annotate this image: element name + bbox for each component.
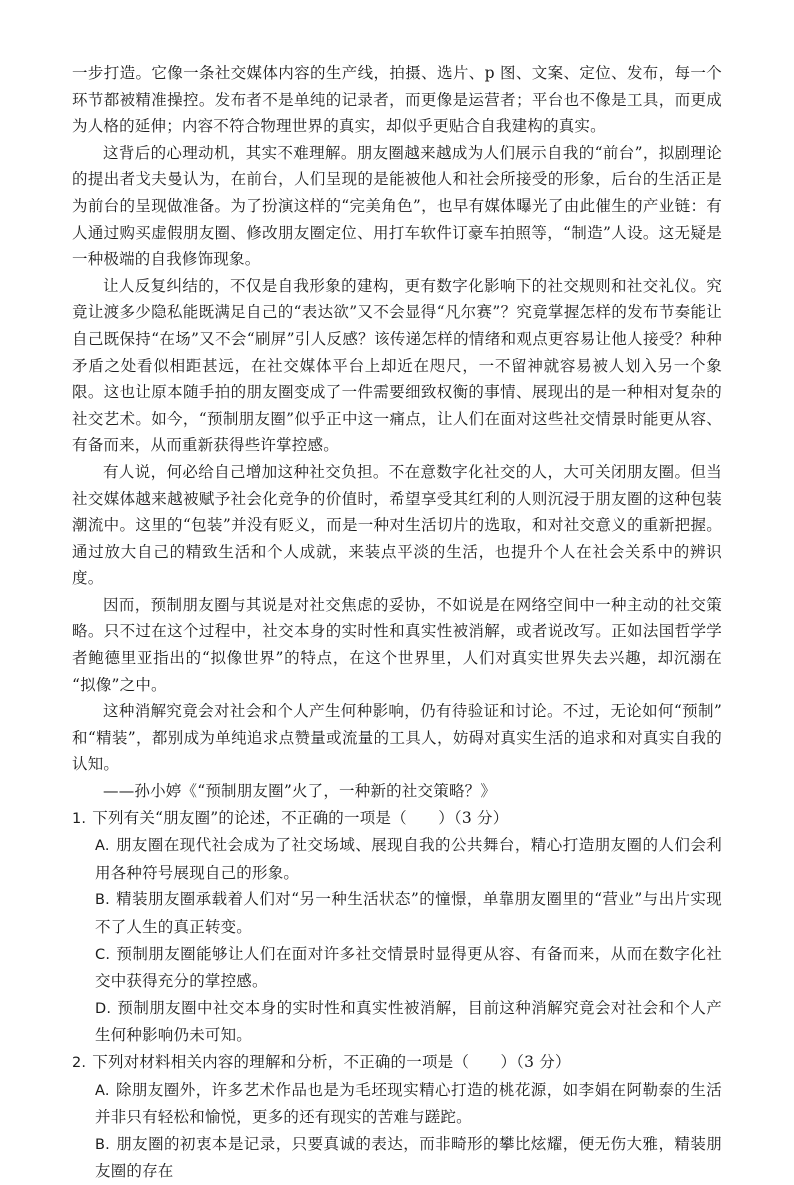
- question-1-option-d-label: D.: [95, 996, 111, 1023]
- question-2-option-a-text: 除朋友圈外，许多艺术作品也是为毛坯现实精心打造的桃花源，如李娟在阿勒泰的生活并非…: [95, 1081, 722, 1127]
- question-1-option-c-text: 预制朋友圈能够让人们在面对许多社交情景时显得更从容、有备而来，从而在数字化社交中…: [95, 945, 722, 991]
- question-1: 1.下列有关“朋友圈”的论述，不正确的一项是（ ）（3 分） A.朋友圈在现代社…: [72, 805, 722, 1049]
- question-2-number: 2.: [72, 1050, 86, 1077]
- question-1-option-d: D.预制朋友圈中社交本身的实时性和真实性被消解，目前这种消解究竟会对社会和个人产…: [95, 995, 722, 1049]
- question-1-option-c: C.预制朋友圈能够让人们在面对许多社交情景时显得更从容、有备而来，从而在数字化社…: [95, 941, 722, 995]
- passage-paragraph-6: 这种消解究竟会对社会和个人产生何种影响，仍有待验证和讨论。不过，无论如何“预制”…: [72, 698, 722, 778]
- source-attribution: ——孙小婷《“预制朋友圈”火了，一种新的社交策略？》: [72, 778, 722, 805]
- question-2: 2.下列对材料相关内容的理解和分析，不正确的一项是（ ）（3 分） A.除朋友圈…: [72, 1049, 722, 1185]
- question-1-option-b-text: 精装朋友圈承载着人们对“另一种生活状态”的憧憬，单靠朋友圈里的“营业”与出片实现…: [95, 890, 722, 936]
- question-1-option-a-label: A.: [95, 833, 110, 860]
- passage-paragraph-4: 有人说，何必给自己增加这种社交负担。不在意数字化社交的人，大可关闭朋友圈。但当社…: [72, 459, 722, 592]
- question-1-option-b: B.精装朋友圈承载着人们对“另一种生活状态”的憧憬，单靠朋友圈里的“营业”与出片…: [95, 886, 722, 940]
- question-1-option-c-label: C.: [95, 942, 110, 969]
- question-2-option-a: A.除朋友圈外，许多艺术作品也是为毛坯现实精心打造的桃花源，如李娟在阿勒泰的生活…: [95, 1077, 722, 1131]
- question-2-option-b-label: B.: [95, 1132, 110, 1159]
- question-2-option-b: B.朋友圈的初衷本是记录，只要真诚的表达，而非畸形的攀比炫耀，便无伤大雅，精装朋…: [95, 1131, 722, 1185]
- question-1-stem: 1.下列有关“朋友圈”的论述，不正确的一项是（ ）（3 分）: [72, 805, 722, 833]
- question-2-stem-text: 下列对材料相关内容的理解和分析，不正确的一项是（ ）（3 分）: [92, 1053, 570, 1071]
- question-2-stem: 2.下列对材料相关内容的理解和分析，不正确的一项是（ ）（3 分）: [72, 1049, 722, 1077]
- passage-paragraph-3: 让人反复纠结的，不仅是自我形象的建构，更有数字化影响下的社交规则和社交礼仪。究竟…: [72, 273, 722, 459]
- passage-paragraph-5: 因而，预制朋友圈与其说是对社交焦虑的妥协，不如说是在网络空间中一种主动的社交策略…: [72, 592, 722, 698]
- question-1-option-d-text: 预制朋友圈中社交本身的实时性和真实性被消解，目前这种消解究竟会对社会和个人产生何…: [95, 999, 722, 1045]
- passage-paragraph-2: 这背后的心理动机，其实不难理解。朋友圈越来越成为人们展示自我的“前台”，拟剧理论…: [72, 140, 722, 273]
- question-1-stem-text: 下列有关“朋友圈”的论述，不正确的一项是（ ）（3 分）: [92, 809, 508, 827]
- document-page: 一步打造。它像一条社交媒体内容的生产线，拍摄、选片、p 图、文案、定位、发布，每…: [0, 0, 794, 1123]
- reading-passage: 一步打造。它像一条社交媒体内容的生产线，拍摄、选片、p 图、文案、定位、发布，每…: [72, 60, 722, 805]
- question-1-option-a: A.朋友圈在现代社会成为了社交场域、展现自我的公共舞台，精心打造朋友圈的人们会利…: [95, 832, 722, 886]
- question-1-option-a-text: 朋友圈在现代社会成为了社交场域、展现自我的公共舞台，精心打造朋友圈的人们会利用各…: [95, 836, 722, 882]
- question-2-option-b-text: 朋友圈的初衷本是记录，只要真诚的表达，而非畸形的攀比炫耀，便无伤大雅，精装朋友圈…: [95, 1135, 722, 1181]
- passage-paragraph-1: 一步打造。它像一条社交媒体内容的生产线，拍摄、选片、p 图、文案、定位、发布，每…: [72, 60, 722, 140]
- question-1-number: 1.: [72, 806, 86, 833]
- question-2-option-a-label: A.: [95, 1078, 110, 1105]
- question-1-option-b-label: B.: [95, 887, 110, 914]
